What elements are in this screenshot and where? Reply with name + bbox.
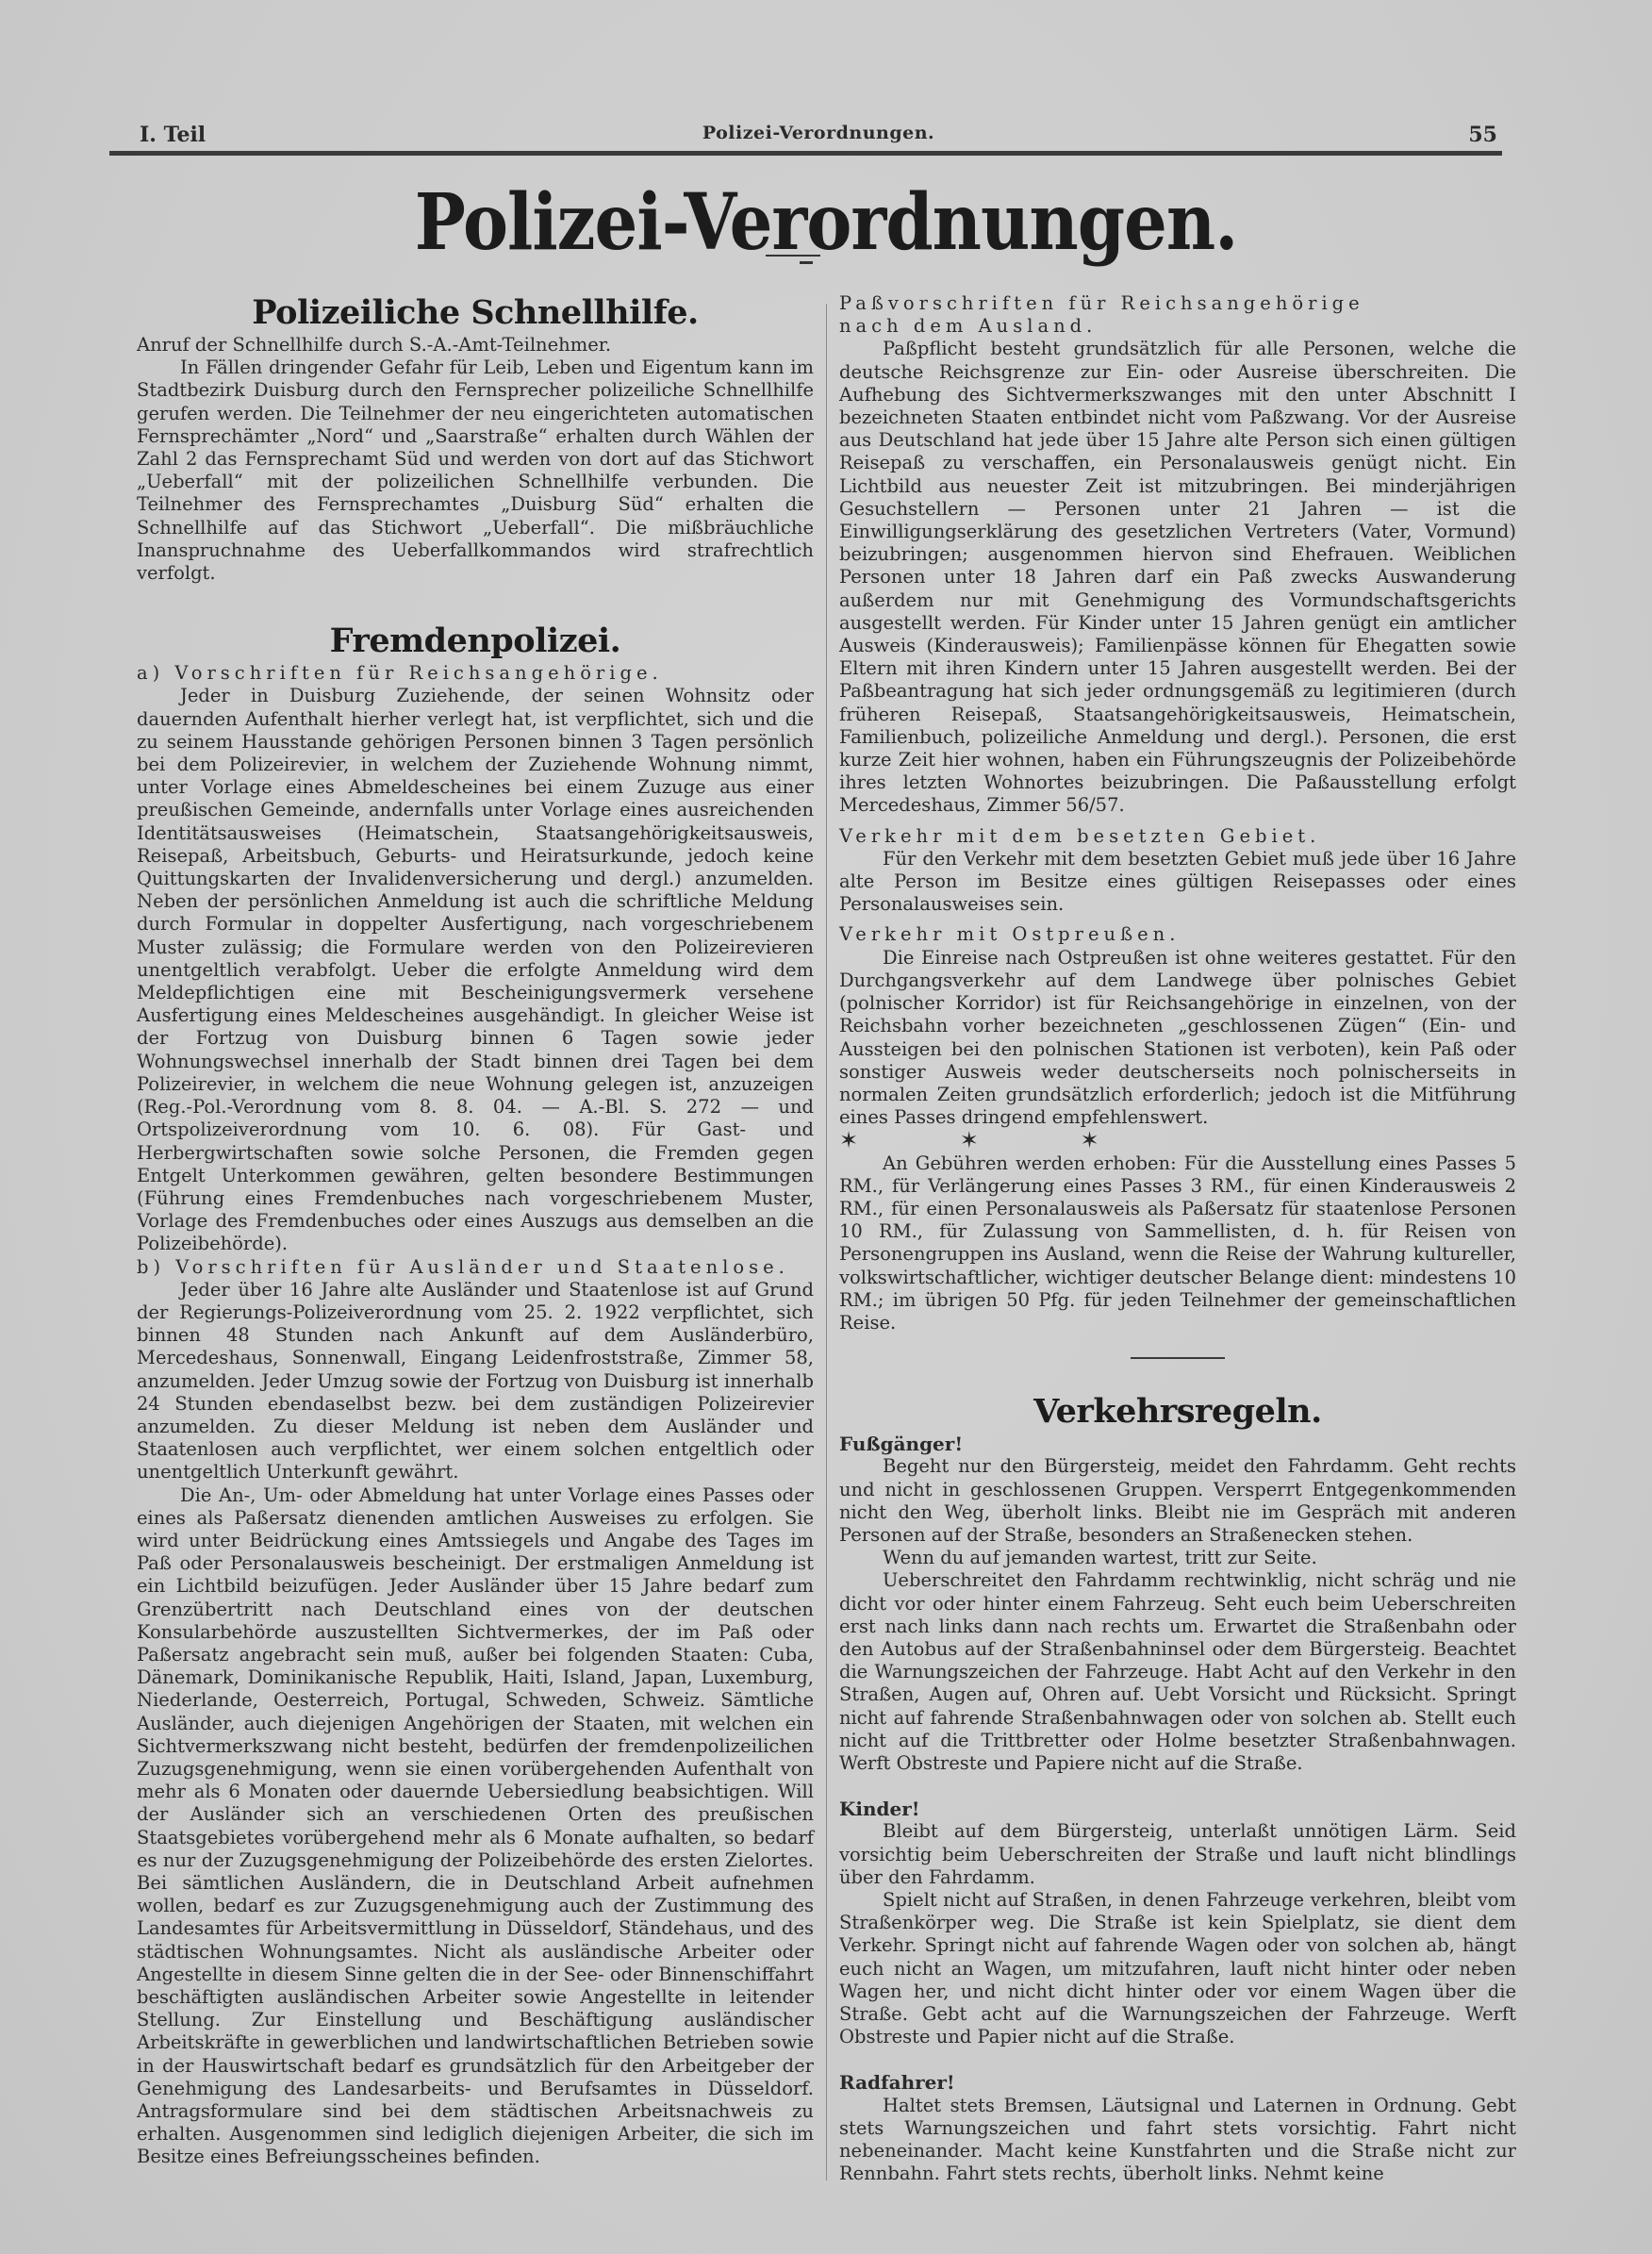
subsection-heading-radfahrer: Radfahrer! [839, 2071, 1516, 2094]
paragraph: Die Einreise nach Ostpreußen ist ohne we… [839, 947, 1516, 1130]
title-rule [766, 255, 820, 257]
paragraph: Wenn du auf jemanden wartest, tritt zur … [839, 1547, 1516, 1569]
page: I. Teil Polizei-Verordnungen. 55 Polizei… [0, 0, 1652, 2254]
paragraph: Jeder in Duisburg Zuziehende, der seinen… [137, 685, 814, 1255]
paragraph: Jeder über 16 Jahre alte Ausländer und S… [137, 1279, 814, 1484]
page-number: 55 [1468, 123, 1497, 147]
running-title: Polizei-Verordnungen. [140, 123, 1497, 143]
asterism-divider: ✶ ✶ ✶ [839, 1129, 1516, 1152]
section-heading: Verkehrsregeln. [839, 1391, 1516, 1433]
section-fremdenpolizei: Fremdenpolizei. a) Vorschriften für Reic… [137, 621, 814, 2168]
paragraph: In Fällen dringender Gefahr für Leib, Le… [137, 356, 814, 585]
paragraph: Begeht nur den Bürgersteig, meidet den F… [839, 1455, 1516, 1547]
section-verkehrsregeln: Verkehrsregeln. Fußgänger! Begeht nur de… [839, 1391, 1516, 2185]
subsection-heading-fussgaenger: Fußgänger! [839, 1433, 1516, 1455]
running-head: I. Teil Polizei-Verordnungen. 55 [140, 123, 1497, 149]
section-heading: Fremdenpolizei. [137, 621, 814, 662]
paragraph: An Gebühren werden erhoben: Für die Auss… [839, 1152, 1516, 1335]
paragraph: Haltet stets Bremsen, Läutsignal und Lat… [839, 2095, 1516, 2186]
page-title: Polizei-Verordnungen. [0, 175, 1652, 268]
section-heading-line2: nach dem Ausland. [839, 315, 1516, 338]
header-rule [109, 151, 1502, 156]
section-heading: Verkehr mit Ostpreußen. [839, 923, 1516, 946]
column-divider [826, 304, 827, 2180]
section-heading-line1: Paßvorschriften für Reichsangehörige [839, 292, 1516, 315]
section-passvorschriften: Paßvorschriften für Reichsangehörige nac… [839, 292, 1516, 818]
section-rule [1131, 1357, 1225, 1359]
section-besetztes-gebiet: Verkehr mit dem besetzten Gebiet. Für de… [839, 825, 1516, 917]
paragraph: Ueberschreitet den Fahrdamm rechtwinklig… [839, 1569, 1516, 1775]
title-rule-accent [800, 261, 813, 264]
paragraph: Spielt nicht auf Straßen, in denen Fahrz… [839, 1889, 1516, 2048]
subsection-heading-a: a) Vorschriften für Reichsangehörige. [137, 662, 814, 685]
paragraph: Bleibt auf dem Bürgersteig, unterlaßt un… [839, 1820, 1516, 1889]
section-heading: Verkehr mit dem besetzten Gebiet. [839, 825, 1516, 848]
paragraph: Die An-, Um- oder Abmeldung hat unter Vo… [137, 1484, 814, 2169]
subsection-heading-kinder: Kinder! [839, 1798, 1516, 1820]
section-subheading: Anruf der Schnellhilfe durch S.-A.-Amt-T… [137, 334, 814, 356]
section-heading: Polizeiliche Schnellhilfe. [137, 292, 814, 334]
subsection-heading-b: b) Vorschriften für Ausländer und Staate… [137, 1256, 814, 1279]
section-gebuehren: An Gebühren werden erhoben: Für die Auss… [839, 1152, 1516, 1335]
right-column: Paßvorschriften für Reichsangehörige nac… [839, 292, 1516, 2185]
paragraph: Für den Verkehr mit dem besetzten Gebiet… [839, 848, 1516, 917]
paragraph: Paßpflicht besteht grundsätzlich für all… [839, 338, 1516, 817]
left-column: Polizeiliche Schnellhilfe. Anruf der Sch… [137, 292, 814, 2169]
section-schnellhilfe: Polizeiliche Schnellhilfe. Anruf der Sch… [137, 292, 814, 585]
section-ostpreussen: Verkehr mit Ostpreußen. Die Einreise nac… [839, 923, 1516, 1129]
